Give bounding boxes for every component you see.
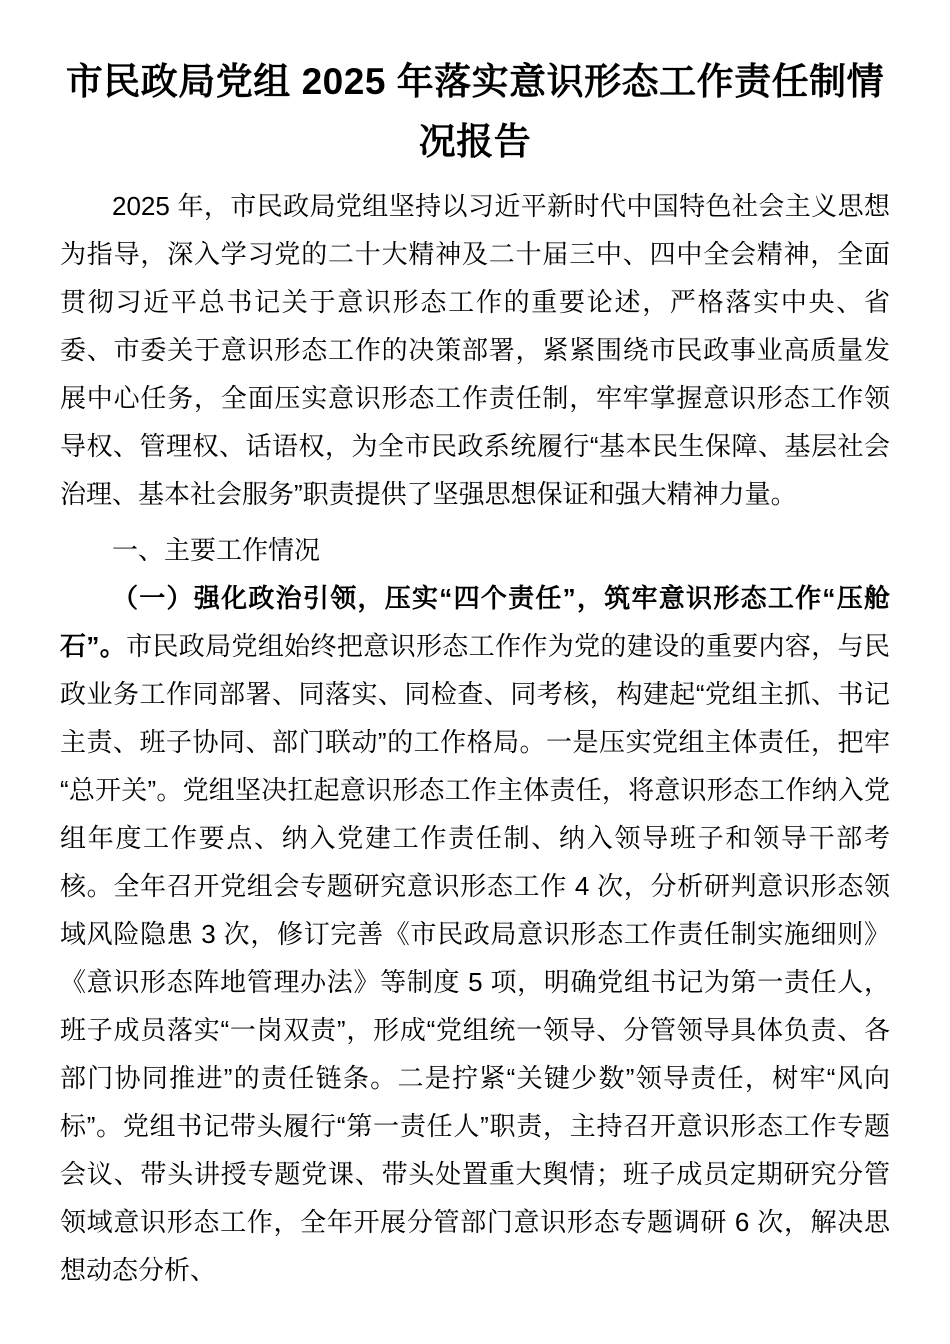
subsection-paragraph-1: （一）强化政治引领，压实“四个责任”，筑牢意识形态工作“压舱石”。市民政局党组始…: [60, 574, 890, 1294]
intro-paragraph: 2025 年，市民政局党组坚持以习近平新时代中国特色社会主义思想为指导，深入学习…: [60, 182, 890, 518]
subsection-body-text: 市民政局党组始终把意识形态工作作为党的建设的重要内容，与民政业务工作同部署、同落…: [60, 631, 890, 1285]
section-heading-1: 一、主要工作情况: [60, 526, 890, 574]
page-title: 市民政局党组 2025 年落实意识形态工作责任制情况报告: [60, 52, 890, 172]
document-page: 市民政局党组 2025 年落实意识形态工作责任制情况报告 2025 年，市民政局…: [0, 0, 950, 1344]
